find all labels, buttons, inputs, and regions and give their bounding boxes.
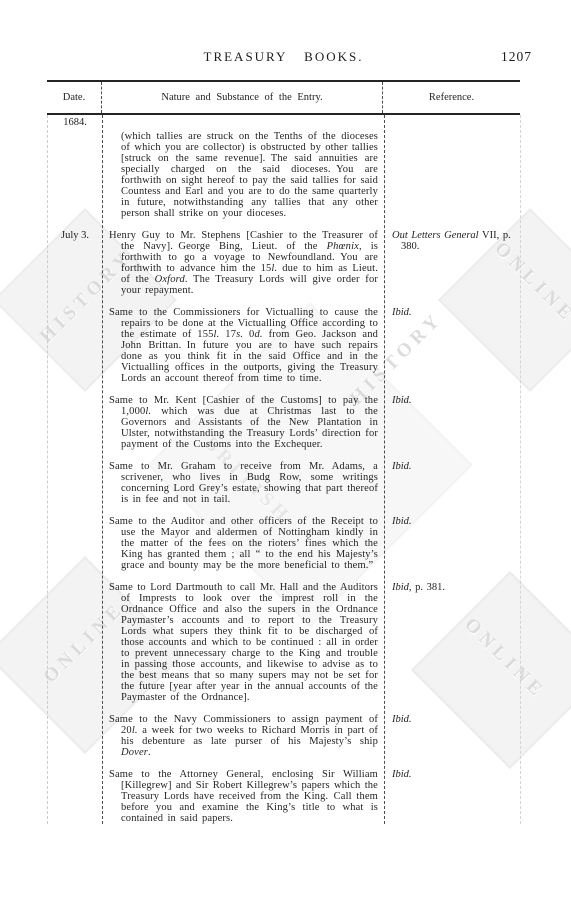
- table-row: Same to Mr. Kent [Cashier of the Customs…: [48, 395, 520, 450]
- table-row: Same to the Auditor and other officers o…: [48, 516, 520, 571]
- table-row: (which tallies are struck on the Tenths …: [48, 131, 520, 219]
- entry-reference: Ibid.: [384, 516, 521, 527]
- entry-text: Same to the Navy Commissioners to assign…: [102, 714, 384, 758]
- table-row: Same to Lord Dartmouth to call Mr. Hall …: [48, 582, 520, 703]
- table-header-row: Date. Nature and Substance of the Entry.…: [47, 80, 520, 115]
- entry-text: Same to Mr. Graham to receive from Mr. A…: [102, 461, 384, 505]
- table-body: 1684. (which tallies are struck on the T…: [47, 115, 520, 824]
- table-row: Same to Mr. Graham to receive from Mr. A…: [48, 461, 520, 505]
- entry-reference: Ibid.: [384, 395, 521, 406]
- column-divider: [520, 115, 521, 824]
- entry-text: Same to the Commissioners for Victuallin…: [102, 307, 384, 384]
- column-header-entry: Nature and Substance of the Entry.: [101, 82, 383, 113]
- entry-text: (which tallies are struck on the Tenths …: [102, 131, 384, 219]
- column-divider: [384, 115, 385, 824]
- entry-reference: Ibid, p. 381.: [384, 582, 521, 593]
- entries-table: Date. Nature and Substance of the Entry.…: [47, 80, 520, 824]
- page-header: TREASURY BOOKS. 1207: [47, 49, 520, 65]
- entry-reference: Ibid.: [384, 307, 521, 318]
- column-header-date: Date.: [47, 82, 101, 113]
- table-row: Same to the Navy Commissioners to assign…: [48, 714, 520, 758]
- year-row: 1684.: [48, 117, 520, 128]
- document-page: HISTORY ONLINE HISTORY BRITISH ONLINE ON…: [0, 0, 571, 898]
- table-row: July 3. Henry Guy to Mr. Stephens [Cashi…: [48, 230, 520, 296]
- year-label: 1684.: [48, 117, 102, 128]
- entry-text: Same to the Auditor and other officers o…: [102, 516, 384, 571]
- entry-date: July 3.: [48, 230, 102, 241]
- entry-reference: Ibid.: [384, 714, 521, 725]
- column-header-reference: Reference.: [383, 82, 520, 113]
- entry-reference: Ibid.: [384, 461, 521, 472]
- table-row: Same to the Commissioners for Victuallin…: [48, 307, 520, 384]
- column-divider: [102, 115, 103, 824]
- table-row: Same to the Attorney General, enclosing …: [48, 769, 520, 824]
- page-number: 1207: [501, 49, 532, 65]
- entry-reference: Ibid.: [384, 769, 521, 780]
- entry-reference: Out Letters General VII, p. 380.: [384, 230, 521, 252]
- page-title: TREASURY BOOKS.: [47, 49, 520, 65]
- entry-text: Same to the Attorney General, enclosing …: [102, 769, 384, 824]
- entry-text: Henry Guy to Mr. Stephens [Cashier to th…: [102, 230, 384, 296]
- entry-text: Same to Mr. Kent [Cashier of the Customs…: [102, 395, 384, 450]
- entry-text: Same to Lord Dartmouth to call Mr. Hall …: [102, 582, 384, 703]
